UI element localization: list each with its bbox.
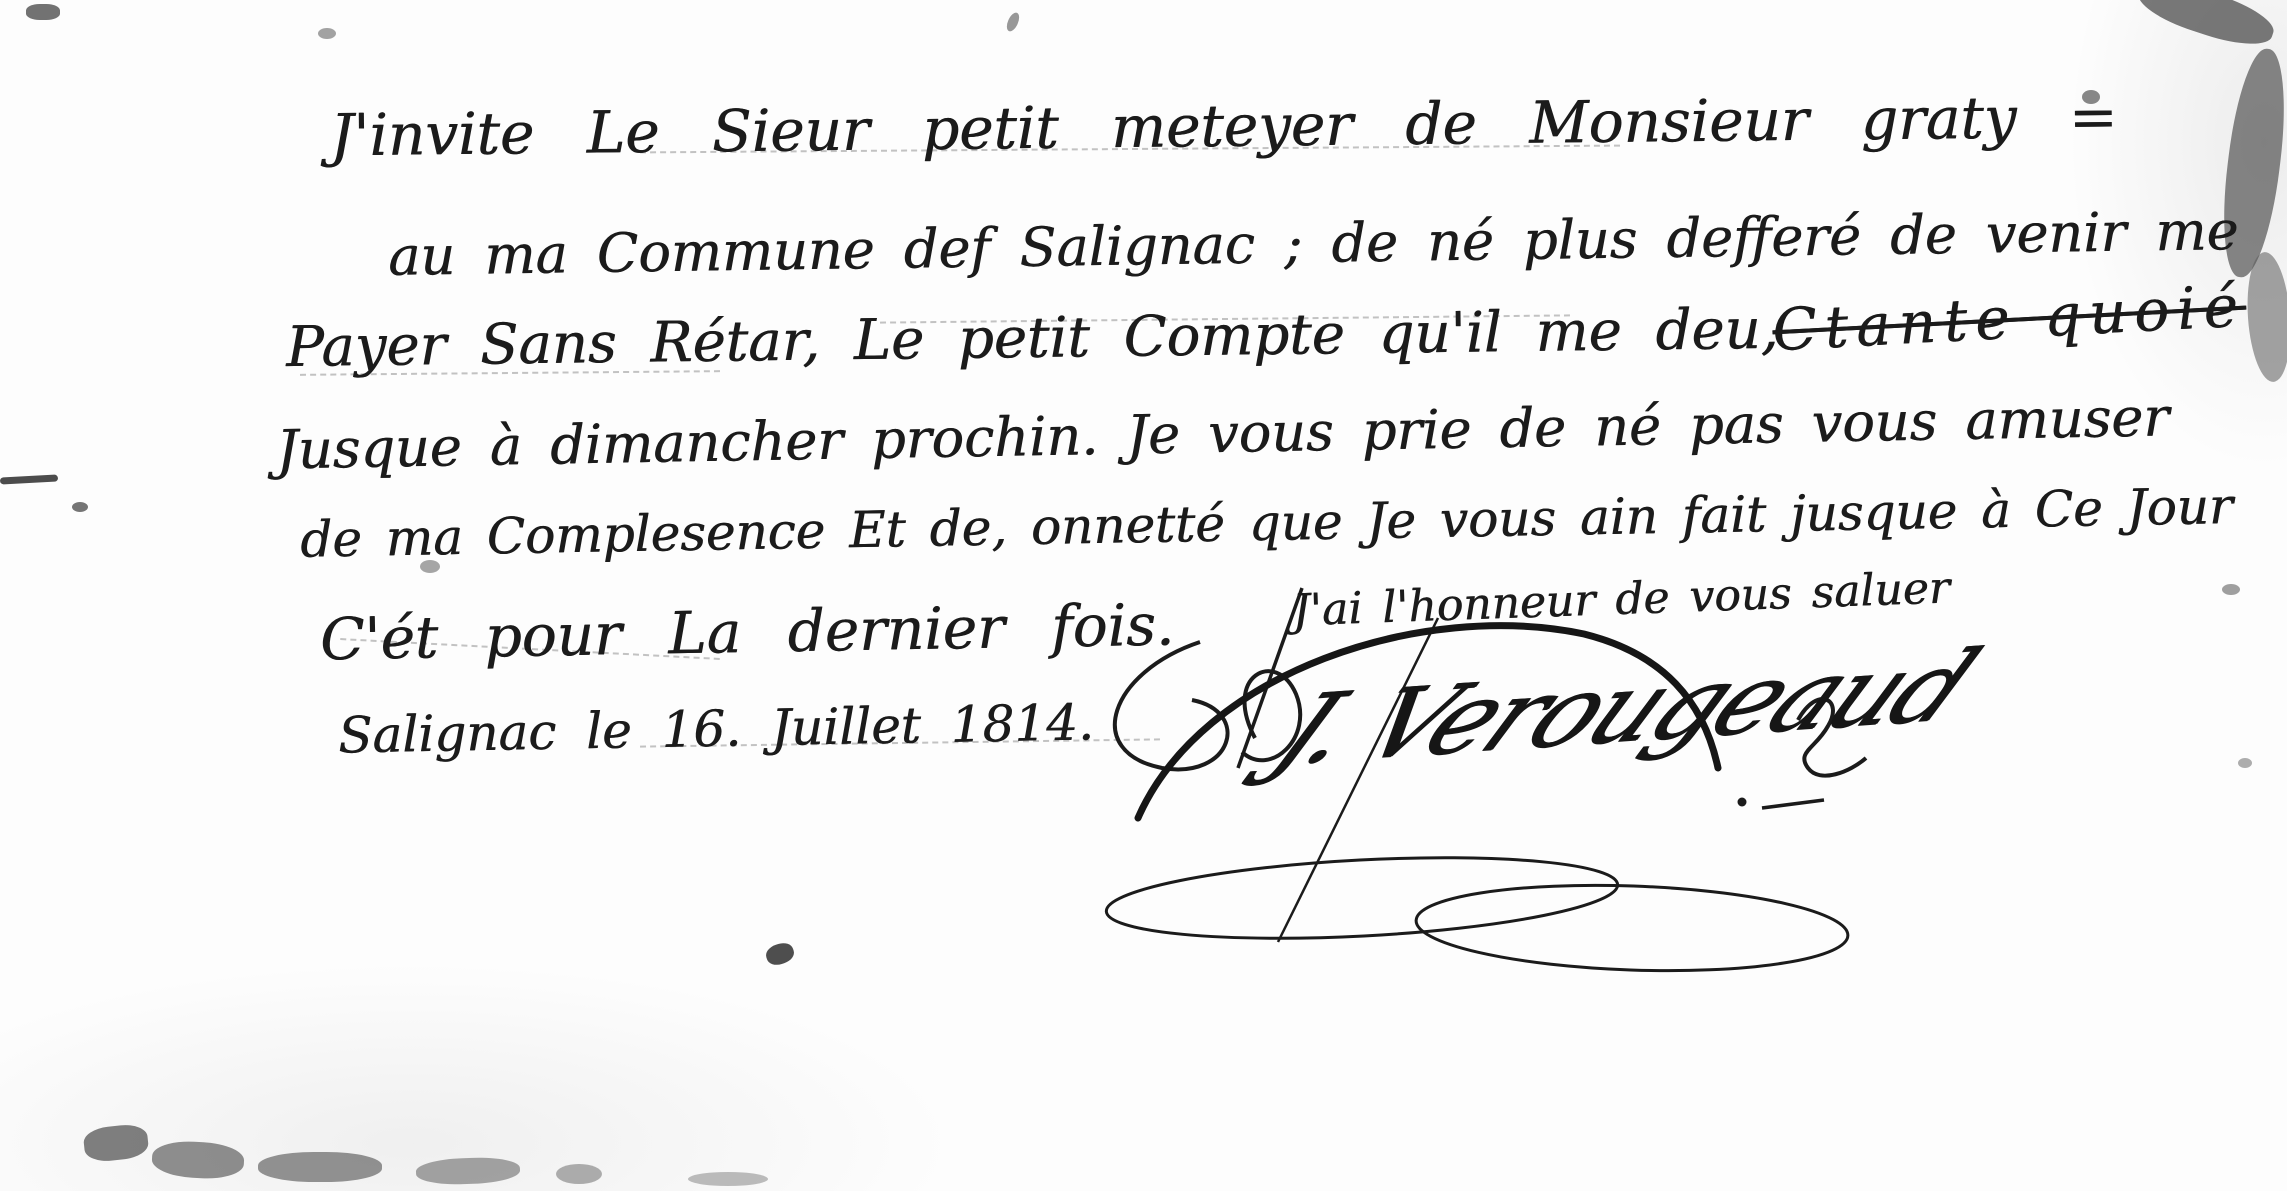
smudge-bottom-left <box>416 1156 521 1186</box>
document-scan: J'invite Le Sieur petit meteyer de Monsi… <box>0 0 2287 1191</box>
smudge-right-edge <box>2238 758 2252 768</box>
smudge-top-left <box>318 28 336 39</box>
smudge-bottom-left <box>82 1123 149 1164</box>
smudge-bottom-left <box>258 1152 382 1182</box>
smudge-left-dot <box>72 502 88 512</box>
smudge-top-left <box>26 4 60 20</box>
letter-dateline: Salignac le 16. Juillet 1814. <box>338 693 1095 764</box>
smudge-top-right <box>2133 0 2279 55</box>
smudge-top <box>1004 11 1021 33</box>
smudge-right-edge <box>2222 584 2240 595</box>
smudge-center <box>764 940 797 968</box>
letter-line-3: Payer Sans Rétar, Le petit Compte qu'il … <box>286 297 1779 380</box>
smudge-bottom-left <box>151 1140 245 1181</box>
letter-line-1: J'invite Le Sieur petit meteyer de Monsi… <box>330 83 2118 170</box>
letter-line-2: au ma Commune def Salignac ; de né plus … <box>388 199 2239 288</box>
letter-line-5: de ma Complesence Et de, onnetté que Je … <box>300 477 2234 569</box>
letter-line-3-strikethrough: Ctante quoié <box>1771 272 2248 365</box>
smudge-bottom <box>688 1172 768 1186</box>
smudge-left-dash <box>0 474 58 484</box>
smudge-bottom-left <box>556 1164 602 1184</box>
letter-line-4: Jusque à dimancher prochin. Je vous prie… <box>276 385 2170 481</box>
